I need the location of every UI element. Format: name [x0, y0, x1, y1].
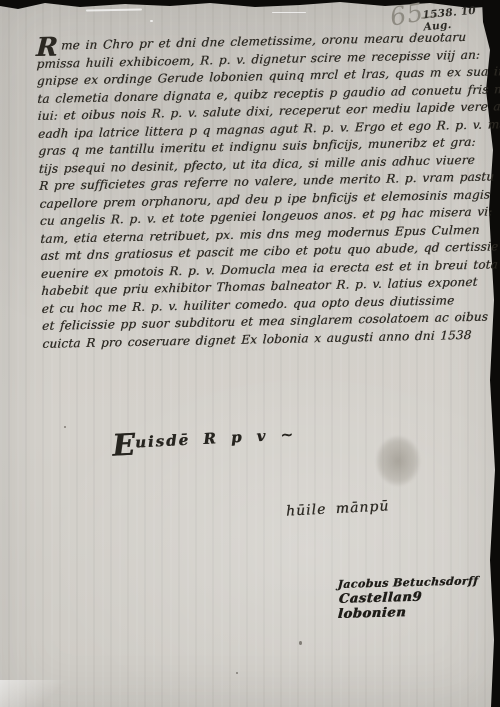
- signature-block: Jacobus Betuchsdorff Castellan9 lobonien: [337, 574, 488, 622]
- scratch-mark: [86, 9, 142, 12]
- signature-flourish: Euisdē R p v ~: [112, 425, 296, 453]
- paper-stain: [376, 436, 420, 486]
- scratch-mark: [272, 12, 306, 13]
- flourish-initial: E: [111, 428, 136, 464]
- flourish-text: uisdē R p v ~: [134, 425, 295, 451]
- manu-propria-note: hūile mānpū: [286, 498, 390, 519]
- letter-body: Rme in Chro pr et dni dne clemetissime, …: [36, 29, 494, 353]
- paper-corner-highlight: [0, 680, 70, 707]
- ink-speck: [236, 672, 238, 674]
- scratch-mark: [150, 20, 153, 22]
- manuscript-photo: 65 1538. 10 Aug. Rme in Chro pr et dni d…: [0, 0, 500, 707]
- folio-number: 65: [388, 0, 426, 32]
- initial-letter: R: [36, 43, 58, 53]
- signature-title: Castellan9 lobonien: [337, 588, 489, 622]
- ink-speck: [299, 641, 302, 645]
- ink-speck: [64, 426, 66, 428]
